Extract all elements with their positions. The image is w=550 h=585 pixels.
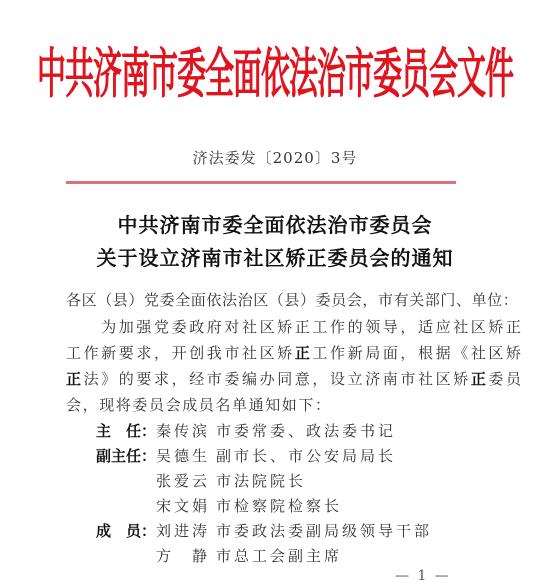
member-name: 宋文娟 xyxy=(156,495,210,516)
member-name: 吴德生 xyxy=(156,445,210,466)
member-name: 张爱云 xyxy=(156,470,210,491)
member-role: 成 员： xyxy=(96,520,156,541)
notice-title-line-2: 关于设立济南市社区矫正委员会的通知 xyxy=(0,242,550,271)
member-row: 副主任： 吴德生 副市长、市公安局局长 xyxy=(0,445,550,469)
document-masthead: 中共济南市委全面依法治市委员会文件 xyxy=(0,40,550,107)
member-post: 市委常委、政法委书记 xyxy=(216,420,396,441)
notice-title-line-1: 中共济南市委全面依法治市委员会 xyxy=(0,209,550,238)
paragraph-line-4: 会，现将委员会成员名单通知如下： xyxy=(66,394,332,415)
paragraph-line-2: 工作新要求，开创我市社区矫正工作新局面，根据《社区矫 xyxy=(66,342,524,363)
paragraph-line-1: 为加强党委政府对社区矫正工作的领导，适应社区矫正 xyxy=(66,316,524,337)
text-run: 为加强党委政府对社区矫正工作的领导，适应社区矫正 xyxy=(66,318,524,336)
member-post: 副市长、市公安局局长 xyxy=(216,445,396,466)
document-number: 济法委发〔2020〕3号 xyxy=(0,147,550,168)
paragraph-line-3: 正法》的要求，经市委编办同意，设立济南市社区矫正委员 xyxy=(66,368,524,389)
member-row: 方 静 市总工会副主席 xyxy=(0,545,550,569)
member-name: 方 静 xyxy=(156,545,210,566)
bold-char: 正 xyxy=(295,344,313,362)
red-divider-line xyxy=(66,181,456,184)
text-run: 会，现将委员会成员名单通知如下： xyxy=(66,396,332,414)
member-post: 市总工会副主席 xyxy=(216,545,342,566)
text-run: 工作新局面，根据《社区矫 xyxy=(312,344,523,362)
member-post: 市检察院检察长 xyxy=(216,495,342,516)
bold-char: 正 xyxy=(471,370,489,388)
member-name: 刘进涛 xyxy=(156,520,210,541)
text-run: 法》的要求，经市委编办同意，设立济南市社区矫 xyxy=(84,370,471,388)
member-role: 副主任： xyxy=(96,445,156,466)
member-row: 张爱云 市法院院长 xyxy=(0,470,550,494)
text-run: 工作新要求，开创我市社区矫 xyxy=(66,344,295,362)
member-row: 成 员： 刘进涛 市委政法委副局级领导干部 xyxy=(0,520,550,544)
bold-char: 正 xyxy=(66,370,84,388)
page-number: — 1 — xyxy=(395,568,451,584)
member-post: 市法院院长 xyxy=(216,470,306,491)
member-role: 主 任： xyxy=(96,420,156,441)
member-post: 市委政法委副局级领导干部 xyxy=(216,520,432,541)
salutation: 各区（县）党委全面依法治区（县）委员会，市有关部门、单位： xyxy=(66,289,518,310)
member-row: 宋文娟 市检察院检察长 xyxy=(0,495,550,519)
member-name: 秦传滨 xyxy=(156,420,210,441)
member-row: 主 任： 秦传滨 市委常委、政法委书记 xyxy=(0,420,550,444)
text-run: 委员 xyxy=(488,370,523,388)
